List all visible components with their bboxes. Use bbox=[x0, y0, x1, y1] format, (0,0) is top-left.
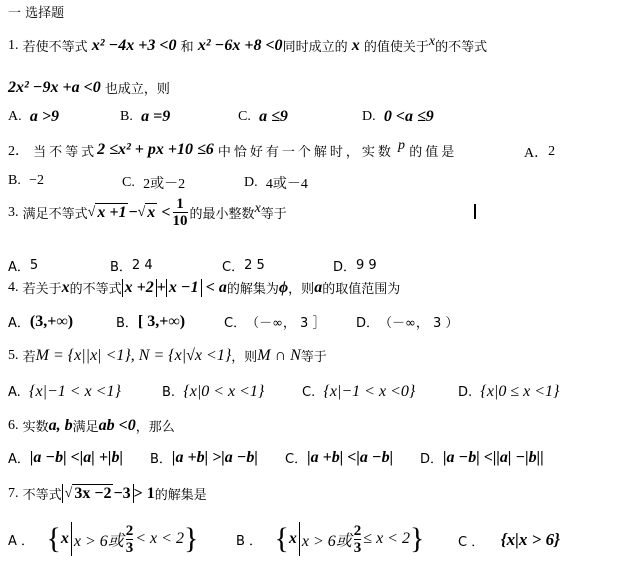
option-label: C. bbox=[302, 385, 315, 400]
option-text: 4或－4 bbox=[266, 173, 308, 193]
question-2-stem: 2． 当不等式 2 ≤x² + px +10 ≤6 中恰好有一个解时，实数 p … bbox=[8, 140, 457, 160]
q3-var: x bbox=[255, 201, 261, 217]
option-label: A． bbox=[8, 312, 30, 331]
q6-number: 6. bbox=[8, 418, 19, 434]
option-label: D. bbox=[362, 109, 376, 125]
q1-text-6: 也成立，则 bbox=[105, 78, 170, 97]
option-label: B ． bbox=[236, 530, 262, 549]
q2-option-a[interactable]: A．2 bbox=[524, 142, 555, 162]
option-text: |a −b| <|a| +|b| bbox=[30, 449, 123, 467]
option-label: D． bbox=[333, 256, 356, 275]
q1-number: 1. bbox=[8, 38, 19, 54]
q7-option-a[interactable]: A ． { x x > 6或 2 3 < x < 2 } bbox=[8, 522, 198, 556]
option-text: 9 9 bbox=[356, 258, 377, 273]
option-text: 2 5 bbox=[244, 258, 265, 273]
sqrt-sign-icon: √ bbox=[65, 486, 73, 502]
q3-number: 3. bbox=[8, 205, 19, 221]
q6-vars: a, b bbox=[49, 417, 73, 435]
option-text: 2 bbox=[548, 144, 555, 160]
q5-expr: M = {x||x| <1}, N = {x|√x <1} bbox=[36, 347, 232, 365]
fraction-numerator: 2 bbox=[354, 523, 362, 539]
q1-option-d[interactable]: D. 0 <a ≤9 bbox=[362, 108, 434, 126]
q3-option-a[interactable]: A．5 bbox=[8, 256, 38, 275]
q4-option-c[interactable]: C．（－∞， 3 ］ bbox=[224, 312, 325, 331]
fraction-denominator: 10 bbox=[173, 213, 188, 229]
question-6-stem: 6. 实数 a, b 满足 ab <0 ，那么 bbox=[8, 416, 175, 435]
q2-text-3: 的值是 bbox=[409, 141, 457, 160]
q2-option-b[interactable]: B. −2 bbox=[8, 173, 44, 189]
q7-text-1: 不等式 bbox=[23, 484, 62, 503]
option-text: （－∞， 3 ］ bbox=[246, 312, 325, 331]
option-text: {x|0 ≤ x <1} bbox=[480, 383, 559, 401]
option-text: 5 bbox=[30, 258, 38, 273]
q3-option-d[interactable]: D．9 9 bbox=[333, 256, 377, 275]
q1-expr-3: 2x² −9x +a <0 bbox=[8, 79, 101, 97]
q5-text-1: 若 bbox=[23, 346, 36, 365]
question-7-stem: 7. 不等式 √3x −2 −3 > 1 的解集是 bbox=[8, 484, 207, 503]
q5-expr-2: M ∩ N bbox=[257, 347, 301, 365]
q4-text-2: 的不等式 bbox=[70, 278, 122, 297]
q3-sqrt-1: x +1 bbox=[95, 203, 128, 222]
q7-option-c[interactable]: C ． {x|x > 6} bbox=[458, 530, 560, 550]
q6-text-1: 实数 bbox=[23, 416, 49, 435]
option-label: A ． bbox=[8, 530, 34, 549]
q7-gt-1: > 1 bbox=[134, 485, 155, 503]
option-label: C ． bbox=[458, 531, 484, 550]
option-label: B． bbox=[110, 256, 132, 275]
section-title-text: 一 选择题 bbox=[8, 2, 64, 21]
set-variable: x bbox=[61, 530, 69, 548]
option-label: D． bbox=[420, 448, 443, 467]
q4-phi: ϕ bbox=[279, 279, 288, 297]
option-label: A. bbox=[8, 109, 22, 125]
q5-text-3: 等于 bbox=[301, 346, 327, 365]
option-label: A. bbox=[8, 385, 21, 400]
question-5-stem: 5. 若 M = {x||x| <1}, N = {x|√x <1} ，则 M … bbox=[8, 346, 327, 365]
q1-text-5: 的不等式 bbox=[435, 36, 487, 55]
option-label: D. bbox=[244, 175, 258, 191]
q2-text-2: 中恰好有一个解时，实数 bbox=[218, 141, 394, 160]
option-text: 0 <a ≤9 bbox=[384, 108, 434, 126]
q1-text-3: 同时成立的 bbox=[283, 36, 348, 55]
q3-option-c[interactable]: C．2 5 bbox=[222, 256, 265, 275]
q3-option-b[interactable]: B．2 4 bbox=[110, 256, 153, 275]
option-label: B． bbox=[150, 448, 172, 467]
set-condition-1: x > 6或 bbox=[74, 528, 124, 551]
question-4-stem: 4. 若关于 x 的不等式 x +2 + x −1 < a 的解集为 ϕ ，则 … bbox=[8, 278, 400, 297]
option-label: C. bbox=[238, 109, 251, 125]
q4-lt-a: < a bbox=[206, 279, 227, 297]
q7-sqrt: 3x −2 bbox=[72, 484, 113, 503]
q5-option-b[interactable]: B. {x|0 < x <1} bbox=[162, 383, 264, 401]
q1-option-c[interactable]: C. a ≤9 bbox=[238, 108, 288, 126]
q4-var-1: x bbox=[62, 279, 70, 297]
fraction: 2 3 bbox=[126, 523, 134, 556]
option-label: A． bbox=[524, 142, 548, 162]
option-label: C． bbox=[224, 312, 246, 331]
option-text: (3,+∞) bbox=[30, 313, 73, 331]
question-3-stem: 3. 满足不等式 √x +1 − √x < 1 10 的最小整数 x 等于 bbox=[8, 196, 287, 229]
q2-var: p bbox=[398, 138, 405, 154]
q2-option-c[interactable]: C. 2或－2 bbox=[122, 173, 185, 193]
q1-option-a[interactable]: A. a >9 bbox=[8, 108, 59, 126]
option-label: B． bbox=[116, 312, 138, 331]
q5-option-d[interactable]: D. {x|0 ≤ x <1} bbox=[458, 383, 559, 401]
q4-number: 4. bbox=[8, 280, 19, 296]
q3-text-2: 的最小整数 bbox=[190, 203, 255, 222]
q2-text-1: 当不等式 bbox=[33, 141, 97, 160]
q7-text-2: 的解集是 bbox=[155, 484, 207, 503]
q3-minus: − bbox=[128, 204, 137, 222]
q2-expr: 2 ≤x² + px +10 ≤6 bbox=[97, 141, 214, 159]
q1-var-2: x bbox=[429, 34, 435, 50]
right-brace-icon: } bbox=[184, 524, 198, 554]
q3-text-3: 等于 bbox=[261, 203, 287, 222]
q4-text-4: ，则 bbox=[288, 278, 314, 297]
option-text: |a +b| >|a −b| bbox=[172, 449, 258, 467]
q1-text-4: 的值使关于 bbox=[364, 36, 429, 55]
text-cursor bbox=[474, 204, 476, 219]
q4-option-d[interactable]: D．（－∞， 3 ） bbox=[356, 312, 458, 331]
option-text: a ≤9 bbox=[259, 108, 288, 126]
option-text: |a +b| <|a −b| bbox=[307, 449, 393, 467]
option-label: A． bbox=[8, 256, 30, 275]
set-divider bbox=[299, 522, 300, 556]
sqrt-sign-icon: √ bbox=[88, 205, 96, 221]
q7-option-b[interactable]: B ． { x x > 6或 2 3 ≤ x < 2 } bbox=[236, 522, 424, 556]
q4-abs-1: x +2 bbox=[122, 279, 157, 297]
q3-text-1: 满足不等式 bbox=[23, 203, 88, 222]
fraction-denominator: 3 bbox=[354, 540, 362, 556]
q5-option-a[interactable]: A. {x|−1 < x <1} bbox=[8, 383, 121, 401]
set-variable: x bbox=[289, 530, 297, 548]
option-text: {x|0 < x <1} bbox=[183, 383, 264, 401]
q4-abs-2: x −1 bbox=[166, 279, 202, 297]
set-condition-2: ≤ x < 2 bbox=[363, 530, 410, 548]
question-1-stem-cont: 2x² −9x +a <0 也成立，则 bbox=[8, 78, 170, 97]
q4-var-2: a bbox=[314, 279, 322, 297]
q3-sqrt-2: x bbox=[145, 203, 157, 222]
q2-option-d[interactable]: D. 4或－4 bbox=[244, 173, 308, 193]
q1-var-1: x bbox=[352, 37, 360, 55]
q6-option-c[interactable]: C．|a +b| <|a −b| bbox=[285, 448, 393, 467]
q3-lt: < bbox=[161, 204, 170, 222]
q4-option-b[interactable]: B．[ 3,+∞) bbox=[116, 312, 185, 331]
option-label: B. bbox=[162, 385, 175, 400]
q3-fraction: 1 10 bbox=[173, 196, 188, 229]
q5-text-2: ，则 bbox=[231, 346, 257, 365]
option-text: a >9 bbox=[30, 108, 59, 126]
fraction-numerator: 2 bbox=[126, 523, 134, 539]
q4-text-5: 的取值范围为 bbox=[322, 278, 400, 297]
option-label: A． bbox=[8, 448, 30, 467]
q5-number: 5. bbox=[8, 348, 19, 364]
q1-text-1: 若使不等式 bbox=[23, 36, 88, 55]
left-brace-icon: { bbox=[274, 524, 288, 554]
section-title: 一 选择题 bbox=[8, 2, 64, 21]
left-brace-icon: { bbox=[46, 524, 60, 554]
q6-option-a[interactable]: A．|a −b| <|a| +|b| bbox=[8, 448, 123, 467]
sqrt-sign-icon: √ bbox=[138, 205, 146, 221]
option-label: D． bbox=[356, 312, 379, 331]
set-condition-1: x > 6或 bbox=[302, 528, 352, 551]
right-brace-icon: } bbox=[410, 524, 424, 554]
q1-expr-1: x² −4x +3 <0 bbox=[92, 37, 177, 55]
set-divider bbox=[71, 522, 72, 556]
q1-text-2: 和 bbox=[181, 36, 194, 55]
option-label: D. bbox=[458, 385, 472, 400]
q1-expr-2: x² −6x +8 <0 bbox=[198, 37, 283, 55]
option-text: a =9 bbox=[141, 108, 170, 126]
q5-option-c[interactable]: C. {x|−1 < x <0} bbox=[302, 383, 415, 401]
option-text: [ 3,+∞) bbox=[138, 313, 185, 331]
q4-text-1: 若关于 bbox=[23, 278, 62, 297]
q2-number: 2． bbox=[8, 140, 29, 160]
fraction-numerator: 1 bbox=[176, 196, 184, 212]
q6-option-d[interactable]: D．|a −b| <||a| −|b|| bbox=[420, 448, 544, 467]
option-label: C． bbox=[285, 448, 307, 467]
q4-plus: + bbox=[157, 279, 166, 297]
q4-option-a[interactable]: A．(3,+∞) bbox=[8, 312, 73, 331]
set-condition-2: < x < 2 bbox=[135, 530, 184, 548]
fraction: 2 3 bbox=[354, 523, 362, 556]
question-1-stem: 1. 若使不等式 x² −4x +3 <0 和 x² −6x +8 <0 同时成… bbox=[8, 36, 487, 55]
option-text: {x|−1 < x <1} bbox=[29, 383, 121, 401]
option-text: {x|−1 < x <0} bbox=[323, 383, 415, 401]
option-label: C． bbox=[222, 256, 244, 275]
option-text: 2或－2 bbox=[143, 173, 185, 193]
option-label: B. bbox=[120, 109, 133, 125]
q7-number: 7. bbox=[8, 486, 19, 502]
option-text: （－∞， 3 ） bbox=[379, 312, 458, 331]
q6-text-2: 满足 bbox=[73, 416, 99, 435]
q6-expr: ab <0 bbox=[99, 417, 136, 435]
q1-option-b[interactable]: B. a =9 bbox=[120, 108, 170, 126]
option-label: C. bbox=[122, 175, 135, 191]
option-label: B. bbox=[8, 173, 21, 189]
q6-option-b[interactable]: B．|a +b| >|a −b| bbox=[150, 448, 258, 467]
q4-text-3: 的解集为 bbox=[227, 278, 279, 297]
q7-minus-3: −3 bbox=[113, 485, 130, 503]
option-text: {x|x > 6} bbox=[501, 530, 560, 550]
q6-text-3: ，那么 bbox=[136, 416, 175, 435]
option-text: |a −b| <||a| −|b|| bbox=[443, 449, 544, 467]
option-text: 2 4 bbox=[132, 258, 153, 273]
option-text: −2 bbox=[29, 173, 44, 189]
fraction-denominator: 3 bbox=[126, 540, 134, 556]
